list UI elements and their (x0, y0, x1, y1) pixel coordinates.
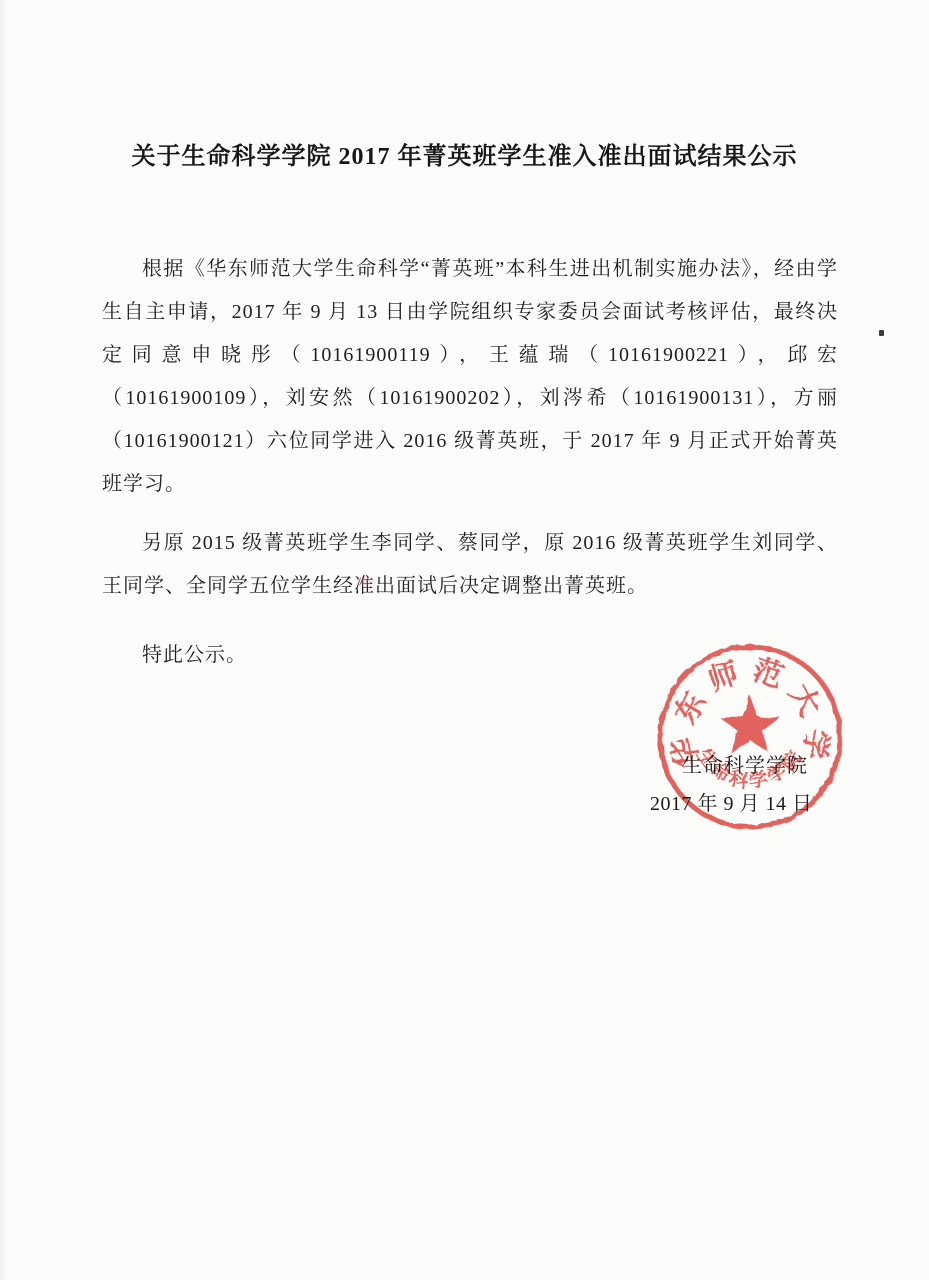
scanned-document-page: 关于生命科学学院 2017 年菁英班学生准入准出面试结果公示 根据《华东师范大学… (0, 0, 929, 1280)
scan-speck-artifact (879, 330, 884, 336)
seal-star-icon (720, 695, 781, 753)
scan-smudge-artifact (358, 577, 374, 586)
document-body: 根据《华东师范大学生命科学“菁英班”本科生进出机制实施办法》，经由学生自主申请，… (102, 248, 838, 693)
document-title: 关于生命科学学院 2017 年菁英班学生准入准出面试结果公示 (0, 136, 929, 171)
paragraph-exit: 另原 2015 级菁英班学生李同学、蔡同学，原 2016 级菁英班学生刘同学、王… (102, 522, 838, 608)
signature-organization: 生命科学学院 (682, 749, 808, 778)
paragraph-admission: 根据《华东师范大学生命科学“菁英班”本科生进出机制实施办法》，经由学生自主申请，… (102, 248, 838, 506)
signature-date: 2017 年 9 月 14 日 (650, 787, 813, 816)
scan-edge-artifact (0, 0, 7, 1280)
